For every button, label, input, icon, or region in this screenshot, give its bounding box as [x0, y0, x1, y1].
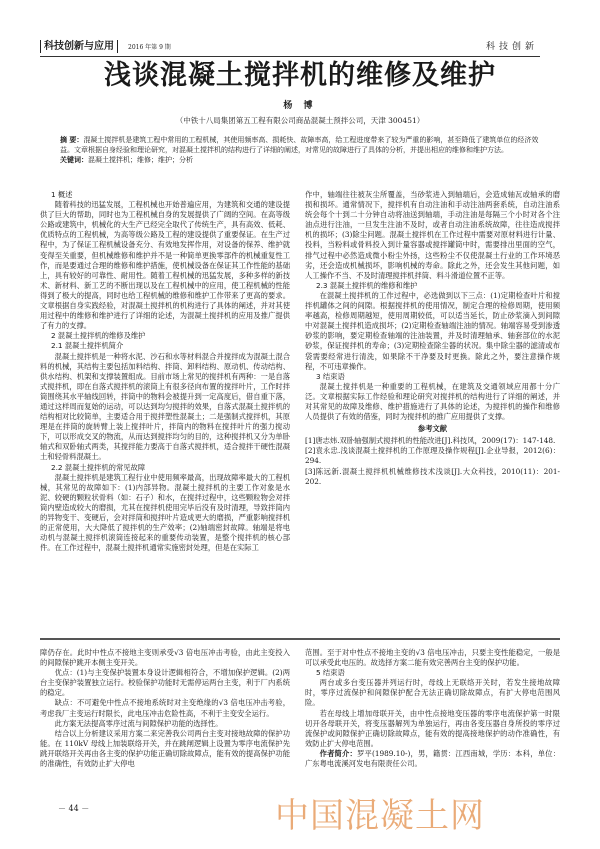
subsection-heading: 2.2 混凝土搅拌机的常见故障 — [40, 463, 290, 473]
abstract-label: 摘 要： — [60, 136, 83, 144]
watermark: 中国混凝土网 — [275, 788, 485, 837]
article-title: 浅谈混凝土搅拌机的维修及维护 — [0, 58, 600, 94]
issue-label: 2016 年第 9 期 — [128, 43, 171, 53]
reference-item: [2]袁永忠.浅谈混凝土搅拌机的工作原理及操作规程[J].企业导报，2012(6… — [305, 446, 560, 466]
bottom-right-column: 范围。至于对中性点不接地主变的√3 倍电压冲击，只要主变性能稳定，一般是可以承受… — [305, 648, 560, 769]
bottom-left-column: 障仍存在。此时中性点不接地主变则承受√3 倍电压冲击考验，由此主变投入的间隙保护… — [40, 648, 290, 769]
keywords-text: 混凝土搅拌机；维修；维护；分析 — [88, 156, 193, 164]
references-heading: 参考文献 — [305, 424, 560, 434]
left-column: 1 概述 随着科技的迅猛发展，工程机械也开始普遍应用，为建筑和交通的建设提供了巨… — [40, 190, 290, 553]
section-heading: 3 结束语 — [305, 372, 560, 382]
paragraph: 两台或多台变压器并列运行时，母线上无联络开关时，若发生接地故障时，零序过流保护和… — [305, 678, 560, 708]
section-label: 科技创新 — [486, 41, 538, 53]
page-divider — [40, 638, 560, 640]
right-column: 作中，轴端往往被灰尘所覆盖，当砂浆进入到轴端后，会造成轴瓦或轴承的磨损和损坏。通… — [305, 190, 560, 487]
section-heading: 5 结束语 — [305, 668, 560, 678]
paragraph: 作中，轴端往往被灰尘所覆盖，当砂浆进入到轴端后，会造成轴瓦或轴承的磨损和损坏。通… — [305, 190, 560, 281]
paragraph: 混凝土搅拌机是一种将水泥、沙石和水等材料混合并搅拌成为混凝土混合料的机械，其结构… — [40, 352, 290, 463]
paragraph: 缺点：不可避免中性点不接地系统时对主变绝缘的√3 倍电压冲击考验，考虑我厂主变运… — [40, 698, 290, 718]
abstract-text: 混凝土搅拌机是建筑工程中常用的工程机械，其使用频率高、损耗快、故障率高，给工程进… — [60, 136, 538, 154]
author-bio: 作者简介：罗平(1989.10-)，男，籍贯：江西南城，学历：本科，单位：广东粤… — [305, 749, 560, 769]
paragraph: 随着科技的迅猛发展，工程机械也开始普遍应用，为建筑和交通的建设提供了巨大的帮助，… — [40, 200, 290, 331]
paragraph: 若在母线上增加母联开关，由中性点接地变压器的零序电流保护第一时限切开各母联开关，… — [305, 709, 560, 749]
subsection-heading: 2.3 混凝土搅拌机的维修和维护 — [305, 281, 560, 291]
journal-name: 科技创新与应用 — [40, 40, 118, 53]
paragraph: 在混凝土搅拌机的工作过程中，必选做到以下三点：(1)定期检查叶片和搅拌机罐体之间… — [305, 291, 560, 372]
paragraph: 范围。至于对中性点不接地主变的√3 倍电压冲击，只要主变性能稳定，一般是可以承受… — [305, 648, 560, 668]
paragraph: 混凝土搅拌机是建筑工程行业中使用频率最高，出现故障率最大的工程机械，其常见的故障… — [40, 473, 290, 554]
paragraph: 结合以上分析建议采用方案二来完善我公司两台主变对接地故障的保护功能。在 110k… — [40, 729, 290, 769]
subsection-heading: 2.1 混凝土搅拌机简介 — [40, 341, 290, 351]
abstract-block: 摘 要：混凝土搅拌机是建筑工程中常用的工程机械，其使用频率高、损耗快、故障率高，… — [60, 135, 540, 165]
keywords-label: 关键词： — [60, 156, 88, 164]
paragraph: 优点：(1)与主变保护装置本身设计逻辑相符合，不增加保护逻辑。(2)两台主变保护… — [40, 668, 290, 698]
author-name: 杨 博 — [0, 98, 600, 111]
affiliation: （中铁十八局集团第五工程有限公司商品混凝土预拌公司，天津 300451） — [0, 115, 600, 126]
paragraph: 此方案无法提高零序过流与间隙保护功能的选择性。 — [40, 719, 290, 729]
section-heading: 2 混凝土搅拌机的维修及维护 — [40, 331, 290, 341]
running-header: 科技创新与应用 2016 年第 9 期 科技创新 — [40, 40, 540, 57]
reference-item: [3]陈远新.混凝土搅拌机机械维修技术浅谈[J].大众科技，2010(11)：2… — [305, 467, 560, 487]
reference-item: [1]唐志炜.双卧轴强制式搅拌机的性能改进[J].科技风，2009(17)：14… — [305, 436, 560, 446]
page-number: － 44 － — [58, 803, 89, 814]
paragraph: 障仍存在。此时中性点不接地主变则承受√3 倍电压冲击考验，由此主变投入的间隙保护… — [40, 648, 290, 668]
bio-label: 作者简介： — [320, 749, 357, 758]
section-heading: 1 概述 — [40, 190, 290, 200]
paragraph: 混凝土搅拌机是一种重要的工程机械，在建筑及交通领域应用都十分广泛。文章根据实际工… — [305, 382, 560, 422]
